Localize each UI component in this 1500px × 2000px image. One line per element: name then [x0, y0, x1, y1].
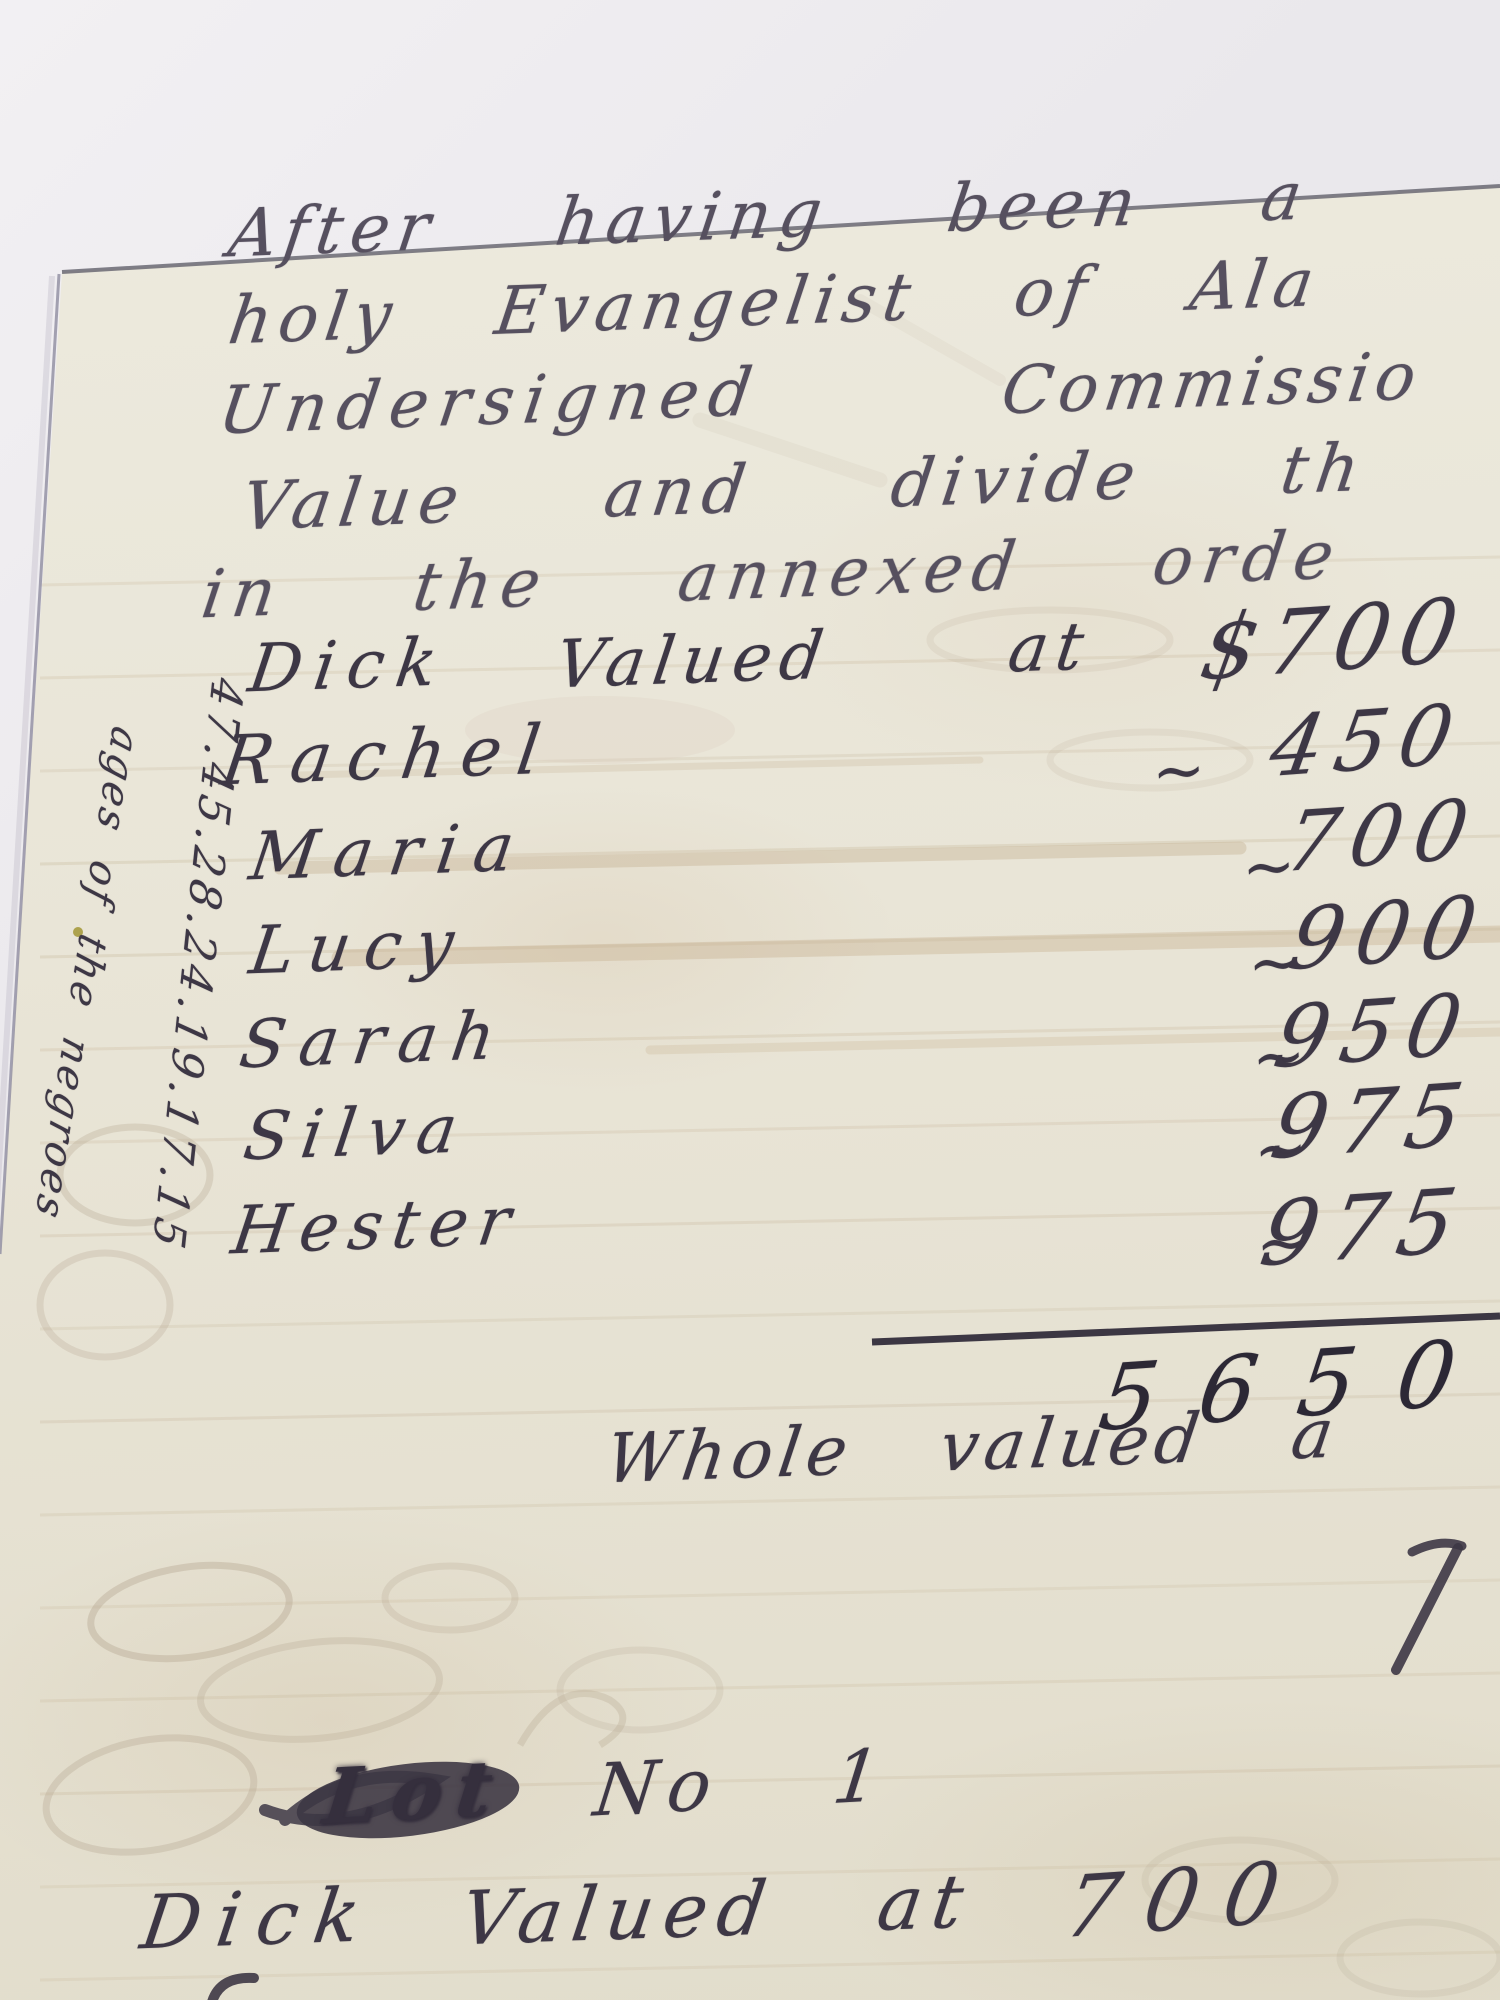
person-name: Hester: [227, 1182, 525, 1269]
person-name: Silva: [239, 1090, 474, 1175]
handwritten-line-3-right: Commissio: [997, 337, 1427, 429]
photo-of-handwritten-document: After having been a holy Evangelist of A…: [0, 0, 1500, 2000]
person-name: Sarah: [235, 997, 514, 1084]
lot-number: No 1: [590, 1733, 895, 1833]
valuation-amount: 450: [1263, 687, 1472, 797]
person-name: Maria: [245, 808, 535, 895]
valuation-amount: 900: [1282, 876, 1495, 989]
valuation-amount: $700: [1194, 578, 1476, 701]
person-name: Rachel: [217, 710, 561, 801]
person-name: Lucy: [245, 904, 472, 989]
valuation-amount: 700: [1278, 782, 1487, 892]
valuation-amount: 975: [1264, 1064, 1482, 1179]
person-name: Dick: [136, 1872, 381, 1967]
valued-at-label: Valued at: [456, 1858, 978, 1962]
valuation-amount: 975: [1254, 1168, 1476, 1287]
lot-word-blotted: Lot: [319, 1743, 511, 1842]
ditto-dash: ~: [1150, 733, 1207, 810]
person-name: Dick: [244, 623, 454, 707]
valuation-amount: 700: [1057, 1841, 1312, 1957]
